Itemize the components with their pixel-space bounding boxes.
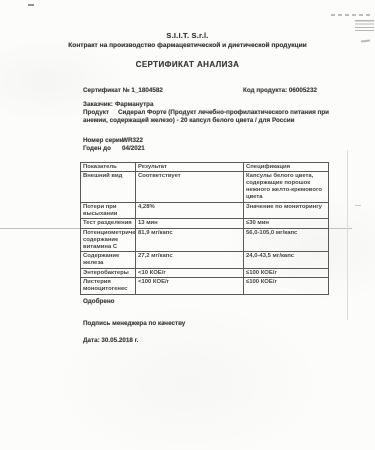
document-title: СЕРТИФИКАТ АНАЛИЗА xyxy=(0,60,375,69)
col-header-indicator: Показатель xyxy=(81,163,136,172)
cell-result: 13 мин xyxy=(136,219,244,228)
scan-artifact-dashes xyxy=(331,14,373,16)
table-row: Листерия моноцитогенес <100 КОЕ/г ≤100 К… xyxy=(81,278,329,294)
approved-label: Одобрено xyxy=(83,298,114,305)
product-value: Сидерал Форте (Продукт лечебно-профилакт… xyxy=(83,109,329,124)
company-subtitle: Контракт на производство фармацевтическо… xyxy=(0,42,375,49)
table-row: Внешний вид Соответствует Капсулы белого… xyxy=(81,172,329,202)
product-label: Продукт xyxy=(83,109,109,117)
batch-label: Номер серии xyxy=(83,137,124,144)
table-row: Потери при высыхании 4,28% Значение по м… xyxy=(81,202,329,218)
cell-spec: Значение по мониторингу xyxy=(244,202,329,218)
table-row: Энтеробактеры <10 КОЕ/г ≤100 КОЕ/г xyxy=(81,268,329,277)
cell-spec: ≤100 КОЕ/г xyxy=(244,268,329,277)
table-header-row: Показатель Результат Спецификация xyxy=(81,163,329,172)
cell-spec: ≤100 КОЕ/г xyxy=(244,278,329,294)
customer-label: Заказчик: xyxy=(83,101,113,108)
cell-spec: 24,0-43,5 мг/капс xyxy=(244,252,329,268)
table-row: Тест разделения 13 мин ≤30 мин xyxy=(81,219,329,228)
cell-indicator: Листерия моноцитогенес xyxy=(81,278,136,294)
scan-artifact-smudge xyxy=(355,20,374,31)
cell-indicator: Потенциометрическое содержание витамина … xyxy=(81,228,136,251)
scan-artifact-mark xyxy=(28,4,34,6)
cell-spec: Капсулы белого цвета, содержащие порошок… xyxy=(244,172,329,202)
col-header-result: Результат xyxy=(136,163,244,172)
scanned-certificate-page: S.I.I.T. S.r.l. Контракт на производство… xyxy=(0,0,375,450)
customer-value: Фарманутра xyxy=(115,101,154,108)
cell-indicator: Тест разделения xyxy=(81,219,136,228)
cell-result: 81,9 мг/капс xyxy=(136,228,244,251)
cell-result: 4,28% xyxy=(136,202,244,218)
cell-spec: ≤30 мин xyxy=(244,219,329,228)
scan-artifact-dot xyxy=(355,205,361,206)
cell-result: <10 КОЕ/г xyxy=(136,268,244,277)
cell-indicator: Содержание железа xyxy=(81,252,136,268)
cell-result: <100 КОЕ/г xyxy=(136,278,244,294)
expiry-label: Годен до xyxy=(83,145,111,152)
scan-artifact-vertical-line xyxy=(347,150,348,320)
cell-indicator: Энтеробактеры xyxy=(81,268,136,277)
date-label: Дата: 30.05.2018 г. xyxy=(83,337,138,344)
expiry-value: 04/2021 xyxy=(122,145,145,152)
product-code: Код продукта: 06005232 xyxy=(243,87,317,94)
table-row: Содержание железа 27,2 мг/капс 24,0-43,5… xyxy=(81,252,329,268)
cell-indicator: Потери при высыхании xyxy=(81,202,136,218)
analysis-table: Показатель Результат Спецификация Внешни… xyxy=(80,162,329,295)
batch-value: WR322 xyxy=(122,137,143,144)
cell-indicator: Внешний вид xyxy=(81,172,136,202)
cell-result: Соответствует xyxy=(136,172,244,202)
product-line: ПродуктСидерал Форте (Продукт лечебно-пр… xyxy=(83,109,337,124)
certificate-number: Сертификат № 1_1804582 xyxy=(83,87,163,94)
cell-result: 27,2 мг/капс xyxy=(136,252,244,268)
signature-label: Подпись менеджера по качеству xyxy=(83,320,185,327)
col-header-specification: Спецификация xyxy=(244,163,329,172)
company-name: S.I.I.T. S.r.l. xyxy=(0,31,375,40)
cell-spec: 56,0-105,0 мг/капс xyxy=(244,228,329,251)
table-row: Потенциометрическое содержание витамина … xyxy=(81,228,329,251)
